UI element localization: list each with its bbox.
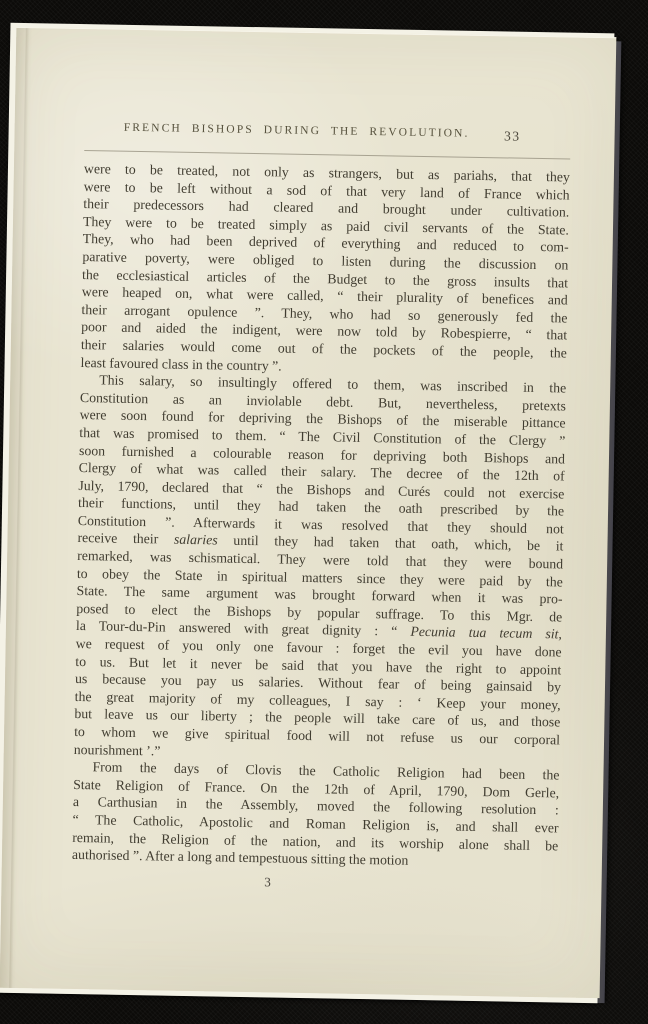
running-head: FRENCH BISHOPS DURING THE REVOLUTION. 33 (85, 121, 571, 146)
signature-mark: 3 (24, 870, 510, 894)
page-content: FRENCH BISHOPS DURING THE REVOLUTION. 33… (71, 121, 570, 895)
book-page: FRENCH BISHOPS DURING THE REVOLUTION. 33… (0, 27, 616, 998)
header-rule (84, 150, 570, 159)
page-number: 33 (504, 128, 521, 144)
page-paragraphs: were to be treated, not only as stranger… (72, 160, 570, 872)
scan-background: FRENCH BISHOPS DURING THE REVOLUTION. 33… (0, 0, 648, 1024)
running-head-title: FRENCH BISHOPS DURING THE REVOLUTION. (85, 121, 509, 140)
